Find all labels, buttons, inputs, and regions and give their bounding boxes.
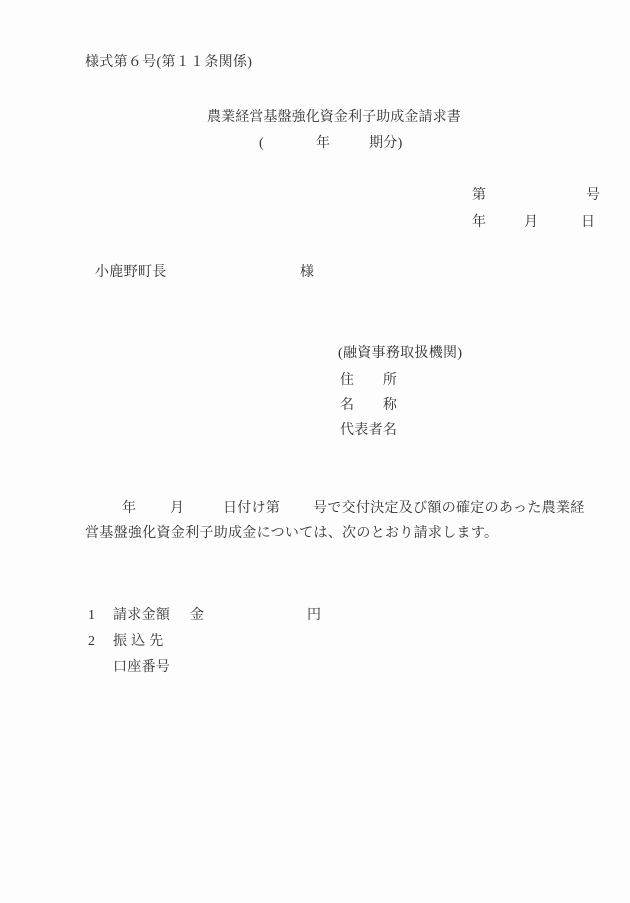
body-date-text: 日付け第 xyxy=(223,501,280,517)
body-text-line1: 号で交付決定及び額の確定のあった農業経 xyxy=(313,501,585,517)
agency-address-label: 住 所 xyxy=(340,373,397,389)
lending-agency-heading: (融資事務取扱機関) xyxy=(338,346,462,362)
body-year-label: 年 xyxy=(122,501,136,517)
agency-name-label: 名 称 xyxy=(340,398,397,414)
agency-representative-label: 代表者名 xyxy=(340,423,397,439)
addressee-honorific: 様 xyxy=(300,265,314,281)
period-year-label: 年 xyxy=(316,136,330,152)
claim-amount-label: 請求金額 xyxy=(113,608,170,624)
amount-unit-label: 円 xyxy=(307,608,321,624)
document-page: 様式第６号(第１１条関係) 農業経営基盤強化資金利子助成金請求書 ( 年 期分)… xyxy=(0,0,630,903)
item2-number: 2 xyxy=(88,634,95,650)
item1-number: 1 xyxy=(88,608,95,624)
amount-currency-prefix-label: 金 xyxy=(190,608,204,624)
doc-number-prefix-label: 第 xyxy=(472,188,486,204)
document-title: 農業経営基盤強化資金利子助成金請求書 xyxy=(207,110,461,126)
period-open-paren: ( xyxy=(259,136,264,152)
transfer-destination-label: 振 込 先 xyxy=(113,634,164,650)
date-month-label: 月 xyxy=(524,215,538,231)
addressee-name: 小鹿野町長 xyxy=(95,265,167,281)
form-number-label: 様式第６号(第１１条関係) xyxy=(85,55,252,71)
body-month-label: 月 xyxy=(170,501,184,517)
date-day-label: 日 xyxy=(581,215,595,231)
body-text-line2: 営基盤強化資金利子助成金については、次のとおり請求します。 xyxy=(85,526,498,542)
period-close-label: 期分) xyxy=(369,136,403,152)
doc-number-suffix-label: 号 xyxy=(586,188,600,204)
account-number-label: 口座番号 xyxy=(113,660,170,676)
date-year-label: 年 xyxy=(472,215,486,231)
